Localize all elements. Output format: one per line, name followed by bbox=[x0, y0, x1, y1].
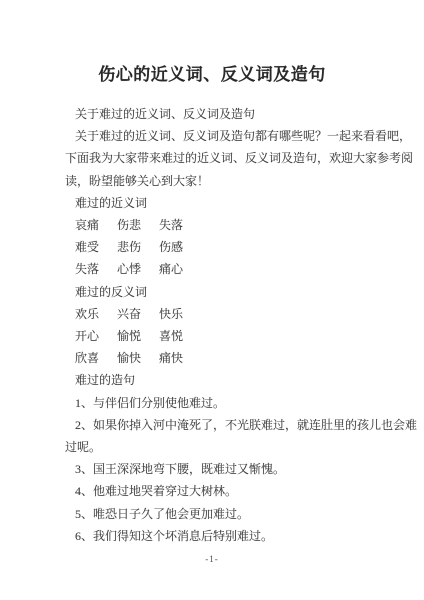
synonym-word: 失落 bbox=[75, 258, 99, 280]
intro-paragraph: 关于难过的近义词、反义词及造句都有哪些呢？一起来看看吧， 下面我为大家带来难过的… bbox=[65, 125, 414, 192]
synonym-word: 痛心 bbox=[159, 258, 183, 280]
synonyms-heading: 难过的近义词 bbox=[65, 192, 414, 214]
sentence: 2、如果你掉入河中淹死了，不光朕难过，就连肚里的孩儿也会难 过呢。 bbox=[65, 414, 414, 458]
antonyms-row: 欢乐 兴奋 快乐 bbox=[65, 303, 414, 325]
synonyms-row: 失落 心悸 痛心 bbox=[65, 258, 414, 280]
sentences-heading: 难过的造句 bbox=[65, 369, 414, 391]
intro-line: 关于难过的近义词、反义词及造句都有哪些呢？一起来看看吧， bbox=[65, 125, 414, 147]
antonyms-heading: 难过的反义词 bbox=[65, 281, 414, 303]
antonym-word: 开心 bbox=[75, 325, 99, 347]
synonyms-row: 难受 悲伤 伤感 bbox=[65, 236, 414, 258]
intro-lead: 关于难过的近义词、反义词及造句 bbox=[65, 103, 414, 125]
sentence: 5、唯恐日子久了他会更加难过。 bbox=[65, 503, 414, 525]
document-body: 关于难过的近义词、反义词及造句 关于难过的近义词、反义词及造句都有哪些呢？一起来… bbox=[65, 103, 414, 547]
antonyms-row: 开心 愉悦 喜悦 bbox=[65, 325, 414, 347]
sentence-line: 1、与伴侣们分别使他难过。 bbox=[65, 392, 414, 414]
synonym-word: 哀痛 bbox=[75, 214, 99, 236]
document-page: 伤心的近义词、反义词及造句 关于难过的近义词、反义词及造句 关于难过的近义词、反… bbox=[0, 0, 424, 600]
antonym-word: 快乐 bbox=[159, 303, 183, 325]
page-number: -1- bbox=[0, 553, 424, 565]
synonym-word: 难受 bbox=[75, 236, 99, 258]
sentence-line: 2、如果你掉入河中淹死了，不光朕难过，就连肚里的孩儿也会难 bbox=[65, 414, 414, 436]
sentence-line: 5、唯恐日子久了他会更加难过。 bbox=[65, 503, 414, 525]
sentence-line: 过呢。 bbox=[65, 436, 414, 458]
synonym-word: 伤感 bbox=[159, 236, 183, 258]
sentence: 6、我们得知这个坏消息后特别难过。 bbox=[65, 525, 414, 547]
sentence-line: 4、他难过地哭着穿过大树林。 bbox=[65, 480, 414, 502]
antonym-word: 欣喜 bbox=[75, 347, 99, 369]
sentence-line: 6、我们得知这个坏消息后特别难过。 bbox=[65, 525, 414, 547]
antonym-word: 愉悦 bbox=[117, 325, 141, 347]
antonym-word: 兴奋 bbox=[117, 303, 141, 325]
sentence-line: 3、国王深深地弯下腰，既难过又惭愧。 bbox=[65, 458, 414, 480]
sentence: 3、国王深深地弯下腰，既难过又惭愧。 bbox=[65, 458, 414, 480]
intro-line: 下面我为大家带来难过的近义词、反义词及造句，欢迎大家参考阅 bbox=[65, 147, 414, 169]
synonym-word: 悲伤 bbox=[117, 236, 141, 258]
sentence: 4、他难过地哭着穿过大树林。 bbox=[65, 480, 414, 502]
antonyms-row: 欣喜 愉快 痛快 bbox=[65, 347, 414, 369]
synonyms-row: 哀痛 伤悲 失落 bbox=[65, 214, 414, 236]
intro-line: 读，盼望能够关心到大家！ bbox=[65, 170, 414, 192]
antonym-word: 喜悦 bbox=[159, 325, 183, 347]
synonym-word: 伤悲 bbox=[117, 214, 141, 236]
page-title: 伤心的近义词、反义词及造句 bbox=[0, 60, 424, 85]
synonym-word: 失落 bbox=[159, 214, 183, 236]
antonym-word: 痛快 bbox=[159, 347, 183, 369]
antonym-word: 欢乐 bbox=[75, 303, 99, 325]
antonym-word: 愉快 bbox=[117, 347, 141, 369]
synonym-word: 心悸 bbox=[117, 258, 141, 280]
sentence: 1、与伴侣们分别使他难过。 bbox=[65, 392, 414, 414]
